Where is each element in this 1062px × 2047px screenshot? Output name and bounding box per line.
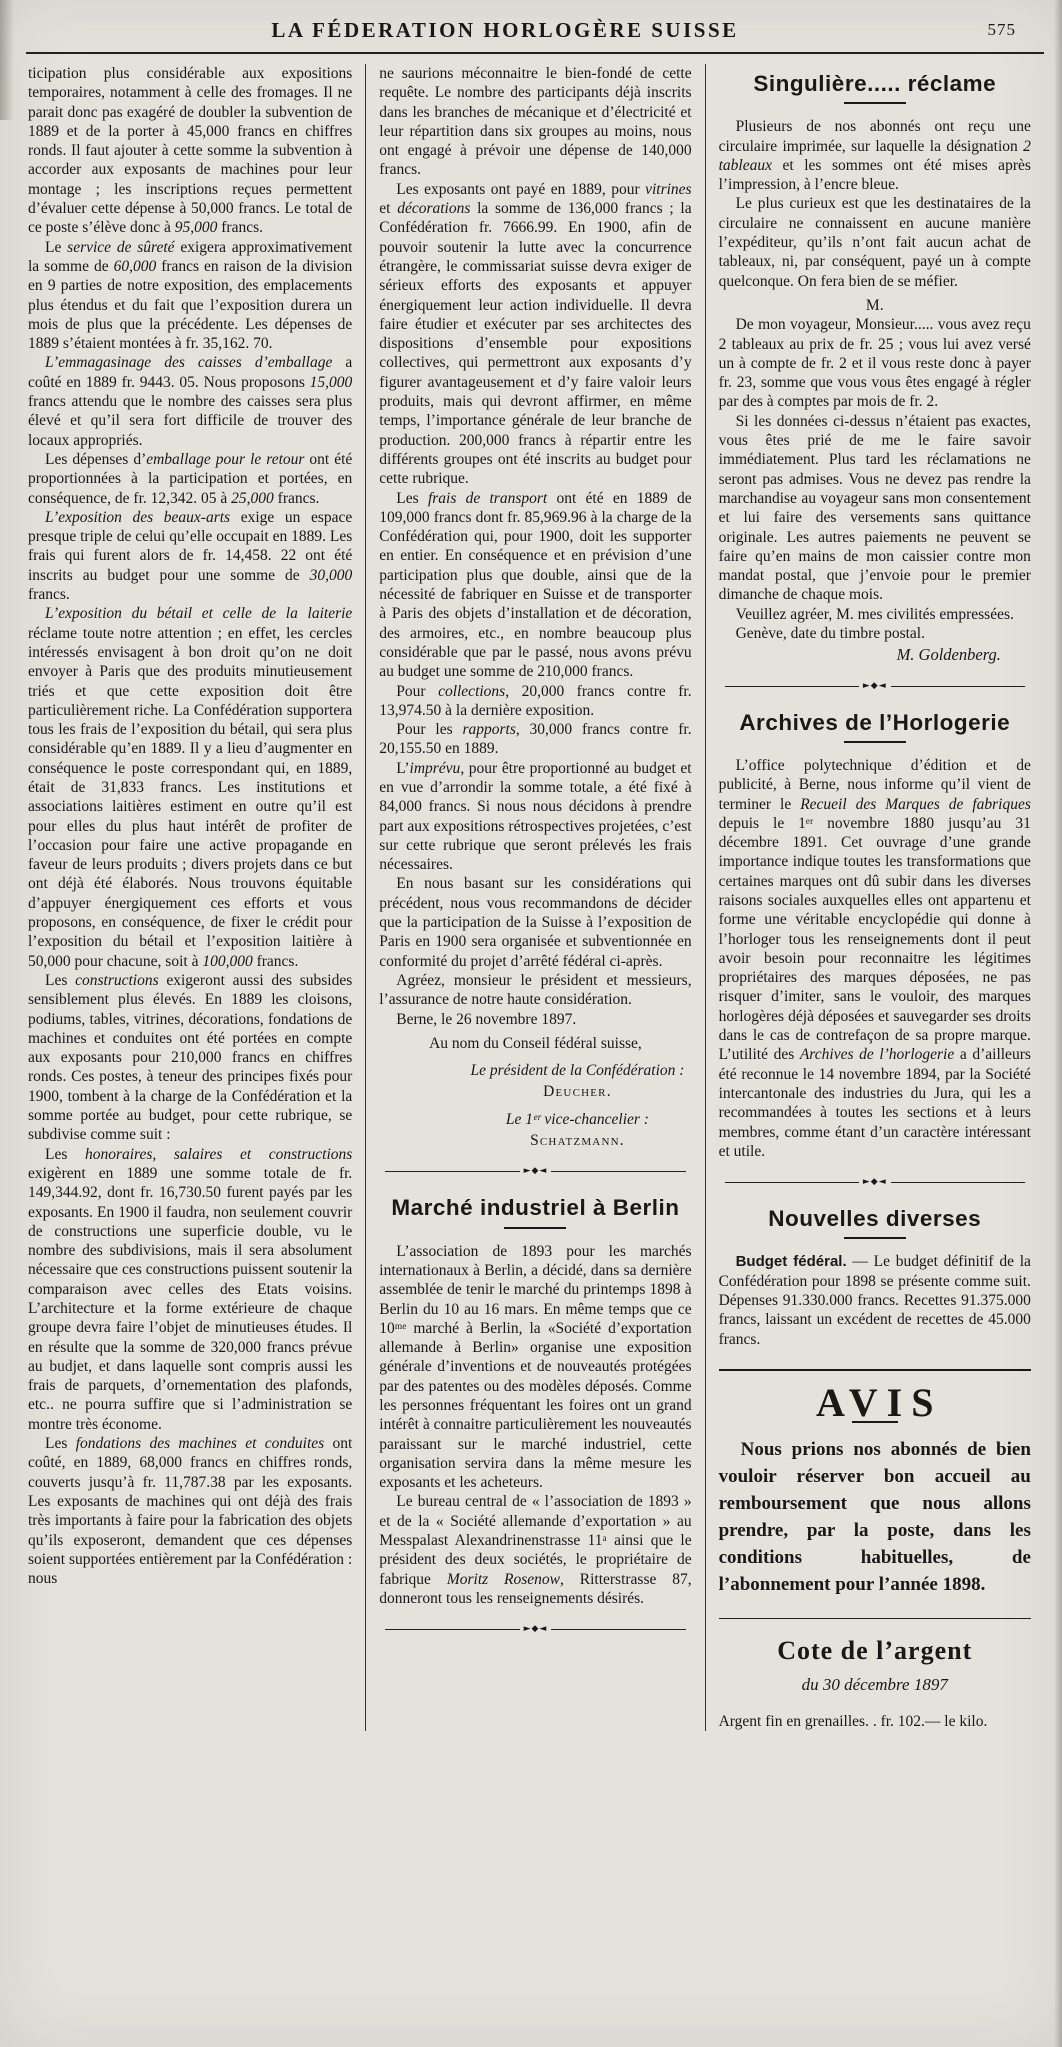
- emphasized-text: Budget fédéral.: [736, 1253, 847, 1270]
- heading-underline: [504, 1227, 566, 1229]
- emphasized-text: 100,000: [202, 953, 252, 970]
- signature-name: Schatzmann.: [379, 1131, 691, 1150]
- emphasized-text: 25,000: [231, 490, 274, 507]
- divider-line: [725, 1182, 859, 1183]
- divider-line: [725, 686, 859, 687]
- body-text: En nous basant sur les considérations qu…: [379, 875, 691, 969]
- heading-marche-industriel: Marché industriel à Berlin: [379, 1198, 691, 1217]
- body-text: Pour: [396, 683, 438, 700]
- paragraph: Les frais de transport ont été en 1889 d…: [379, 489, 691, 682]
- paragraph: Nous prions nos abonnés de bien vouloir …: [719, 1436, 1031, 1598]
- divider-line: [551, 1629, 685, 1630]
- emphasized-text: frais de transport: [428, 490, 547, 507]
- heading-avis-block: AVIS: [719, 1393, 1031, 1423]
- ornament-divider: ►◆◄: [725, 1178, 1025, 1187]
- paragraph: Budget fédéral. — Le budget définitif de…: [719, 1252, 1031, 1348]
- fleuron-icon: ►◆◄: [859, 1178, 891, 1187]
- signature-name: M. Goldenberg.: [719, 645, 1031, 664]
- body-text: ne saurions méconnaitre le bien-fondé de…: [379, 65, 691, 178]
- body-text: ont coûté, en 1889, 68,000 francs en chi…: [28, 1435, 352, 1587]
- body-text: Les: [45, 972, 75, 989]
- body-text: francs attendu que le nombre des caisses…: [28, 393, 352, 449]
- body-text: Le: [45, 239, 67, 256]
- signature-title: Le 1ᵉʳ vice-chancelier :: [379, 1110, 691, 1129]
- emphasized-text: Recueil des Marques de fabriques: [800, 796, 1031, 813]
- emphasized-text: constructions: [75, 972, 159, 989]
- heading-marche-industriel-block: Marché industriel à Berlin: [379, 1198, 691, 1228]
- paragraph: Genève, date du timbre postal.: [719, 624, 1031, 643]
- ornament-divider: ►◆◄: [385, 1167, 685, 1176]
- paragraph: ne saurions méconnaitre le bien-fondé de…: [379, 64, 691, 180]
- header-rule: [26, 52, 1044, 54]
- section-rule: [719, 1369, 1031, 1371]
- heading-singuliere-reclame: Singulière..... réclame: [719, 74, 1031, 93]
- paragraph: L’association de 1893 pour les marchés i…: [379, 1242, 691, 1493]
- emphasized-text: 95,000: [175, 219, 218, 236]
- divider-line: [551, 1171, 685, 1172]
- emphasized-text: honoraires, salaires et constructions: [85, 1146, 352, 1163]
- emphasized-text: rapports: [462, 721, 515, 738]
- body-text: la somme de 136,000 francs ; la Confédér…: [379, 200, 691, 487]
- body-text: Les exposants ont payé en 1889, pour: [396, 181, 645, 198]
- page-number: 575: [988, 20, 1017, 40]
- body-text: francs.: [253, 953, 299, 970]
- paragraph: ticipation plus considérable aux exposit…: [28, 64, 352, 238]
- body-text: ticipation plus considérable aux exposit…: [28, 65, 352, 236]
- body-text: francs.: [274, 490, 320, 507]
- heading-nouvelles-diverses: Nouvelles diverses: [719, 1209, 1031, 1228]
- emphasized-text: service de sûreté: [67, 239, 174, 256]
- scan-corner-artifact: [0, 0, 14, 120]
- quote-date: du 30 décembre 1897: [719, 1675, 1031, 1694]
- heading-avis: AVIS: [719, 1393, 1031, 1412]
- emphasized-text: vitrines: [645, 181, 692, 198]
- paragraph: L’emmagasinage des caisses d’emballage a…: [28, 353, 352, 449]
- paragraph: Plusieurs de nos abonnés ont reçu une ci…: [719, 117, 1031, 194]
- paragraph: Si les données ci-dessus n’étaient pas e…: [719, 412, 1031, 605]
- body-text: Les: [396, 490, 428, 507]
- heading-underline: [844, 1237, 906, 1239]
- body-text: Pour les: [396, 721, 462, 738]
- body-text: Nous prions nos abonnés de bien vouloir …: [719, 1439, 1031, 1595]
- body-text: L’association de 1893 pour les marchés i…: [379, 1243, 691, 1492]
- paragraph: Le plus curieux est que les destinataire…: [719, 194, 1031, 290]
- emphasized-text: 60,000: [114, 258, 157, 275]
- emphasized-text: 30,000: [310, 567, 353, 584]
- divider-line: [385, 1629, 519, 1630]
- heading-cote-argent: Cote de l’argent: [719, 1641, 1031, 1660]
- paragraph: Pour collections, 20,000 francs contre f…: [379, 682, 691, 721]
- column-1: ticipation plus considérable aux exposit…: [26, 64, 365, 1731]
- body-text: exigèrent en 1889 une somme totale de fr…: [28, 1165, 352, 1433]
- paragraph: Le service de sûreté exigera approximati…: [28, 238, 352, 354]
- masthead-title: LA FÉDERATION HORLOGÈRE SUISSE: [26, 18, 984, 43]
- heading-archives-horlogerie: Archives de l’Horlogerie: [719, 713, 1031, 732]
- body-text: depuis le 1ᵉʳ novembre 1880 jusqu’au 31 …: [719, 815, 1031, 1064]
- body-text: De mon voyageur, Monsieur..... vous avez…: [719, 316, 1031, 410]
- heading-archives-horlogerie-block: Archives de l’Horlogerie: [719, 713, 1031, 743]
- scan-edge-artifact: [1054, 0, 1062, 2047]
- body-text: L’: [396, 760, 409, 777]
- paragraph: Agréez, monsieur le président et messieu…: [379, 971, 691, 1010]
- column-3: Singulière..... réclamePlusieurs de nos …: [705, 64, 1044, 1731]
- paragraph: Les exposants ont payé en 1889, pour vit…: [379, 180, 691, 489]
- body-text: M.: [866, 297, 884, 314]
- emphasized-text: L’exposition des beaux-arts: [45, 509, 230, 526]
- body-text: francs.: [217, 219, 263, 236]
- body-text: Berne, le 26 novembre 1897.: [396, 1011, 576, 1028]
- body-text: ont été en 1889 de 109,000 francs dont f…: [379, 490, 691, 681]
- paragraph: De mon voyageur, Monsieur..... vous avez…: [719, 315, 1031, 411]
- body-text: Plusieurs de nos abonnés ont reçu une ci…: [719, 118, 1031, 154]
- body-text: Au nom du Conseil fédéral suisse,: [429, 1035, 642, 1052]
- fleuron-icon: ►◆◄: [520, 1167, 552, 1176]
- body-text: francs.: [28, 586, 70, 603]
- paragraph: L’office polytechnique d’édition et de p…: [719, 756, 1031, 1161]
- divider-line: [891, 686, 1025, 687]
- body-text: Les: [45, 1146, 85, 1163]
- paragraph: L’exposition des beaux-arts exige un esp…: [28, 508, 352, 604]
- heading-cote-argent-block: Cote de l’argent: [719, 1641, 1031, 1660]
- paragraph: Argent fin en grenailles. . fr. 102.— le…: [719, 1712, 1031, 1731]
- heading-underline: [844, 741, 906, 743]
- heading-singuliere-reclame-block: Singulière..... réclame: [719, 74, 1031, 104]
- emphasized-text: L’exposition du bétail et celle de la la…: [45, 605, 352, 622]
- body-text: Si les données ci-dessus n’étaient pas e…: [719, 413, 1031, 604]
- body-text: Agréez, monsieur le président et messieu…: [379, 972, 691, 1008]
- heading-nouvelles-diverses-block: Nouvelles diverses: [719, 1209, 1031, 1239]
- ornament-divider: ►◆◄: [385, 1625, 685, 1634]
- page-header: LA FÉDERATION HORLOGÈRE SUISSE 575: [26, 14, 1044, 48]
- emphasized-text: Archives de l’horlogerie: [800, 1046, 954, 1063]
- body-text: et: [379, 200, 397, 217]
- heading-underline: [844, 102, 906, 104]
- body-text: exigeront aussi des subsides sensiblemen…: [28, 972, 352, 1143]
- paragraph: Au nom du Conseil fédéral suisse,: [379, 1034, 691, 1053]
- fleuron-icon: ►◆◄: [859, 682, 891, 691]
- body-text: Les: [45, 1435, 76, 1452]
- column-2: ne saurions méconnaitre le bien-fondé de…: [365, 64, 704, 1731]
- body-text: Genève, date du timbre postal.: [736, 625, 925, 642]
- body-text: Le plus curieux est que les destinataire…: [719, 195, 1031, 289]
- emphasized-text: décorations: [397, 200, 470, 217]
- paragraph: Les dépenses d’emballage pour le retour …: [28, 450, 352, 508]
- newspaper-page: LA FÉDERATION HORLOGÈRE SUISSE 575 ticip…: [0, 0, 1062, 2047]
- emphasized-text: fondations des machines et conduites: [76, 1435, 324, 1452]
- paragraph: Les constructions exigeront aussi des su…: [28, 971, 352, 1145]
- paragraph: L’imprévu, pour être proportionné au bud…: [379, 759, 691, 875]
- divider-line: [385, 1171, 519, 1172]
- ornament-divider: ►◆◄: [725, 682, 1025, 691]
- emphasized-text: imprévu: [410, 760, 461, 777]
- emphasized-text: emballage pour le retour: [146, 451, 304, 468]
- body-text: Les dépenses d’: [45, 451, 146, 468]
- paragraph: Les honoraires, salaires et construction…: [28, 1145, 352, 1434]
- page-body: ticipation plus considérable aux exposit…: [26, 64, 1044, 1731]
- emphasized-text: 15,000: [310, 374, 353, 391]
- body-text: du 30 décembre 1897: [802, 1675, 948, 1694]
- paragraph: Berne, le 26 novembre 1897.: [379, 1010, 691, 1029]
- paragraph: M.: [719, 296, 1031, 315]
- signature-title: Le président de la Confédération :: [379, 1061, 691, 1080]
- paragraph: Les fondations des machines et conduites…: [28, 1434, 352, 1588]
- body-text: a d’ailleurs été reconnue le 14 novembre…: [719, 1046, 1031, 1159]
- section-rule: [719, 1618, 1031, 1619]
- emphasized-text: L’emmagasinage des caisses d’emballage: [45, 354, 332, 371]
- paragraph: Veuillez agréer, M. mes civilités empres…: [719, 605, 1031, 624]
- paragraph: Pour les rapports, 30,000 francs contre …: [379, 720, 691, 759]
- body-text: réclame toute notre attention ; en effet…: [28, 625, 352, 970]
- body-text: Veuillez agréer, M. mes civilités empres…: [736, 606, 1014, 623]
- paragraph: L’exposition du bétail et celle de la la…: [28, 604, 352, 971]
- body-text: Argent fin en grenailles. . fr. 102.— le…: [719, 1713, 988, 1730]
- divider-line: [891, 1182, 1025, 1183]
- paragraph: En nous basant sur les considérations qu…: [379, 874, 691, 970]
- signature-name: Deucher.: [379, 1082, 691, 1101]
- paragraph: Le bureau central de « l’association de …: [379, 1492, 691, 1608]
- fleuron-icon: ►◆◄: [520, 1625, 552, 1634]
- emphasized-text: collections: [438, 683, 505, 700]
- emphasized-text: Moritz Rosenow: [447, 1571, 560, 1588]
